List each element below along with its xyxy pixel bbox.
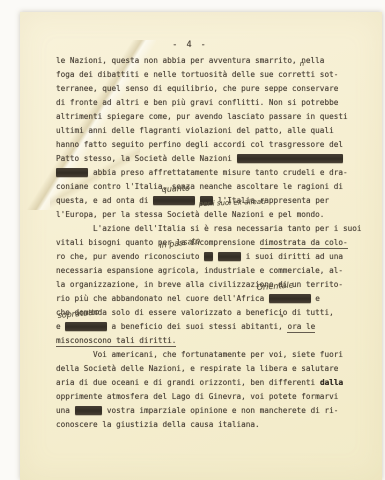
typed-line: hanno fatto seguito perfino degli accord… [56, 138, 361, 152]
typed-text: i suoi diritti ad una [241, 252, 343, 261]
typed-line: una xxxxxx vostra imparziale opinione e … [56, 404, 361, 418]
page-number: - 4 - [150, 39, 230, 51]
typed-text: altrimenti spiegare come, pur avendo las… [56, 112, 348, 121]
typed-text: hanno fatto seguito perfino degli accord… [56, 140, 343, 149]
underlined-text: misconoscono tali diritti. [56, 336, 176, 347]
typed-text: di fronte ad altri e ben più gravi confl… [56, 98, 338, 107]
typed-line: coniane contro l'Italia, senza neanche a… [56, 180, 361, 194]
typed-text: e [56, 322, 65, 331]
typed-text: rio più che abbandonato nel cuore dell'A… [56, 294, 269, 303]
underlined-text: dimostrata da colo- [260, 238, 348, 249]
typed-line: xxxxxxx abbia preso affrettatamente misu… [56, 166, 361, 180]
typed-text: vitali bisogni quanto per la incomprensi… [56, 238, 260, 247]
typed-line: aria di due oceani e di grandi orizzonti… [56, 376, 361, 390]
typed-text-block: le Nazioni, questa non abbia per avventu… [56, 54, 361, 432]
typed-text: ultimi anni delle flagranti violazioni d… [56, 126, 334, 135]
scanned-document: - 4 - le Nazioni, questa non abbia per a… [0, 0, 385, 480]
typed-text: che domanda solo di essere valorizzato a… [56, 308, 334, 317]
struck-out-text: xxxxxxxxx [269, 294, 311, 303]
typed-line: L'azione dell'Italia si è resa necessari… [56, 222, 361, 236]
typed-text: e [311, 294, 320, 303]
typed-line: Patto stesso, la Società delle Nazioni x… [56, 152, 361, 166]
typed-text: aria di due oceani e di grandi orizzonti… [56, 378, 320, 387]
typed-text: conoscere la giustizia della causa itali… [56, 420, 260, 429]
typed-line: e xxxxxxxxx a beneficio dei suoi stessi … [56, 320, 361, 334]
typed-text: L'azione dell'Italia si è resa necessari… [56, 224, 361, 233]
struck-out-text: xxxxxx [75, 406, 103, 415]
typed-line: la organizzazione, in breve alla civiliz… [56, 278, 361, 292]
typed-line: altrimenti spiegare come, pur avendo las… [56, 110, 361, 124]
typed-text: l'Italia rappresenta per [213, 196, 329, 205]
typed-text: vostra imparziale opinione e non mancher… [102, 406, 338, 415]
typed-line: foga dei dibattiti e nelle tortuosità de… [56, 68, 361, 82]
typed-line: necessaria espansione agricola, industri… [56, 264, 361, 278]
typed-text: ro che, pur avendo riconosciuto [56, 252, 204, 261]
typed-line: della Società delle Nazioni, e respirate… [56, 362, 361, 376]
typed-text: questa, e ad onta di [56, 196, 153, 205]
typed-text: terranee, quel senso di equilibrio, che … [56, 84, 338, 93]
typed-line: opprimente atmosfera del Lago di Ginevra… [56, 390, 361, 404]
typed-line: misconoscono tali diritti. [56, 334, 361, 348]
typed-text: Patto stesso, la Società delle Nazioni [56, 154, 237, 163]
typed-text: necessaria espansione agricola, industri… [56, 266, 343, 275]
typed-line: questa, e ad onta di xxxxxxxxx xxx l'Ita… [56, 194, 361, 208]
typed-text: coniane contro l'Italia, senza neanche a… [56, 182, 343, 191]
struck-out-text: xx [204, 252, 213, 261]
typed-line: le Nazioni, questa non abbia per avventu… [56, 54, 361, 68]
struck-out-text: xxxxxxxxx [65, 322, 107, 331]
struck-out-text: xxxxxxx [56, 168, 88, 177]
typed-line: conoscere la giustizia della causa itali… [56, 418, 361, 432]
typed-text: la organizzazione, in breve alla civiliz… [56, 280, 343, 289]
typed-text: Voi americani, che fortunatamente per vo… [56, 350, 343, 359]
typed-text: l'Europa, per la stessa Società delle Na… [56, 210, 324, 219]
struck-out-text: xxxxxxxxxxxxxxxxxxxxxxx [237, 154, 343, 163]
typed-text: della Società delle Nazioni, e respirate… [56, 364, 338, 373]
typed-text [195, 196, 200, 205]
typed-text: abbia preso affrettatamente misure tanto… [88, 168, 347, 177]
typed-line: che domanda solo di essere valorizzato a… [56, 306, 361, 320]
typed-text: le Nazioni, questa non abbia per avventu… [56, 56, 324, 65]
typed-line: di fronte ad altri e ben più gravi confl… [56, 96, 361, 110]
typed-line: rio più che abbandonato nel cuore dell'A… [56, 292, 361, 306]
typed-line: ro che, pur avendo riconosciuto xx xxxxx… [56, 250, 361, 264]
bold-overtyped-text: dalla [320, 378, 343, 387]
typed-line: vitali bisogni quanto per la incomprensi… [56, 236, 361, 250]
typed-text: foga dei dibattiti e nelle tortuosità de… [56, 70, 338, 79]
typed-text: una [56, 406, 75, 415]
typed-text: opprimente atmosfera del Lago di Ginevra… [56, 392, 338, 401]
typed-text: a beneficio dei suoi stessi abitanti, [107, 322, 288, 331]
typed-line: terranee, quel senso di equilibrio, che … [56, 82, 361, 96]
struck-out-text: xxxxx [218, 252, 241, 261]
typed-line: Voi americani, che fortunatamente per vo… [56, 348, 361, 362]
struck-out-text: xxxxxxxxx [153, 196, 195, 205]
typed-line: l'Europa, per la stessa Società delle Na… [56, 208, 361, 222]
struck-out-text: xxx [200, 196, 214, 205]
typed-line: ultimi anni delle flagranti violazioni d… [56, 124, 361, 138]
underlined-text: ora le [287, 322, 315, 333]
